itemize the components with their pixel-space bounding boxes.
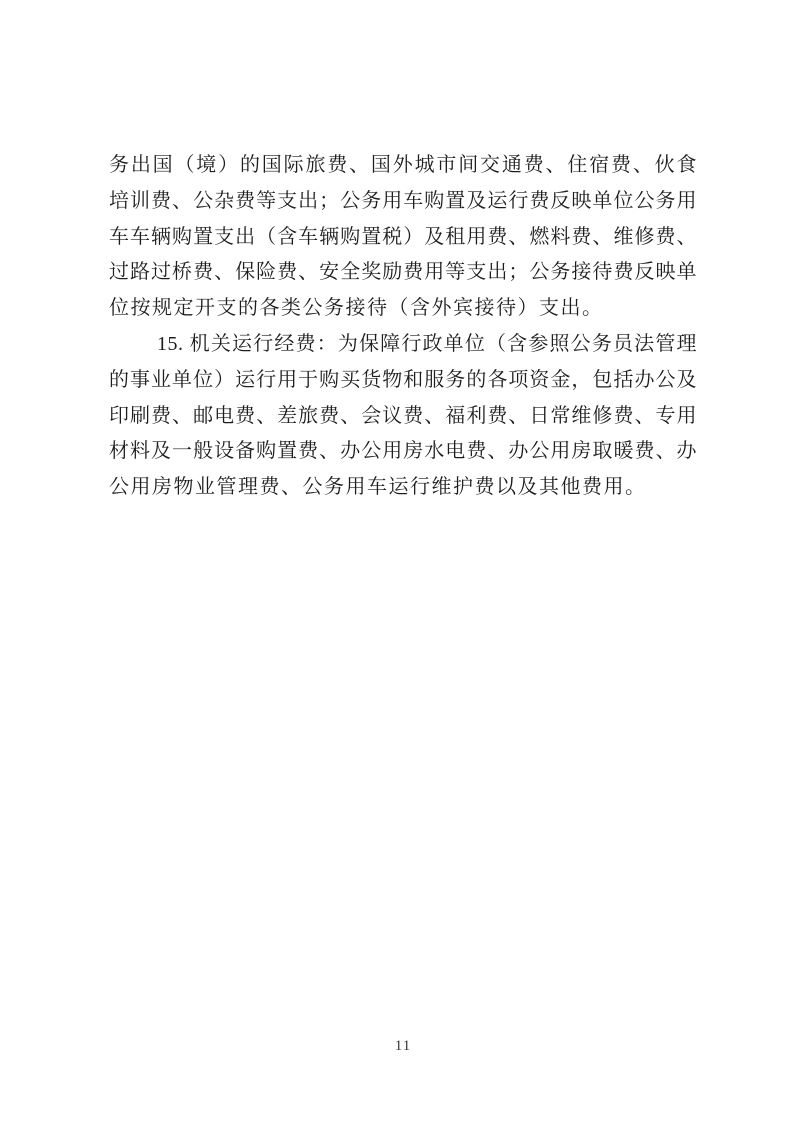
text-line: 的事业单位）运行用于购买货物和服务的各项资金，包括办公及: [109, 363, 697, 399]
page-number: 11: [109, 1038, 697, 1054]
body-text: 务出国（境）的国际旅费、国外城市间交通费、住宿费、伙食费、 培训费、公杂费等支出…: [109, 148, 697, 506]
text-line: 务出国（境）的国际旅费、国外城市间交通费、住宿费、伙食费、: [109, 148, 697, 184]
text-line: 公用房物业管理费、公务用车运行维护费以及其他费用。: [109, 470, 697, 506]
text-line: 印刷费、邮电费、差旅费、会议费、福利费、日常维修费、专用: [109, 399, 697, 435]
text-line: 车车辆购置支出（含车辆购置税）及租用费、燃料费、维修费、: [109, 220, 697, 256]
text-line: 15. 机关运行经费：为保障行政单位（含参照公务员法管理: [109, 327, 697, 363]
text-line: 材料及一般设备购置费、办公用房水电费、办公用房取暖费、办: [109, 434, 697, 470]
text-line: 过路过桥费、保险费、安全奖励费用等支出；公务接待费反映单: [109, 255, 697, 291]
document-page: 务出国（境）的国际旅费、国外城市间交通费、住宿费、伙食费、 培训费、公杂费等支出…: [0, 0, 793, 1122]
text-line: 培训费、公杂费等支出；公务用车购置及运行费反映单位公务用: [109, 184, 697, 220]
text-line: 位按规定开支的各类公务接待（含外宾接待）支出。: [109, 291, 697, 327]
